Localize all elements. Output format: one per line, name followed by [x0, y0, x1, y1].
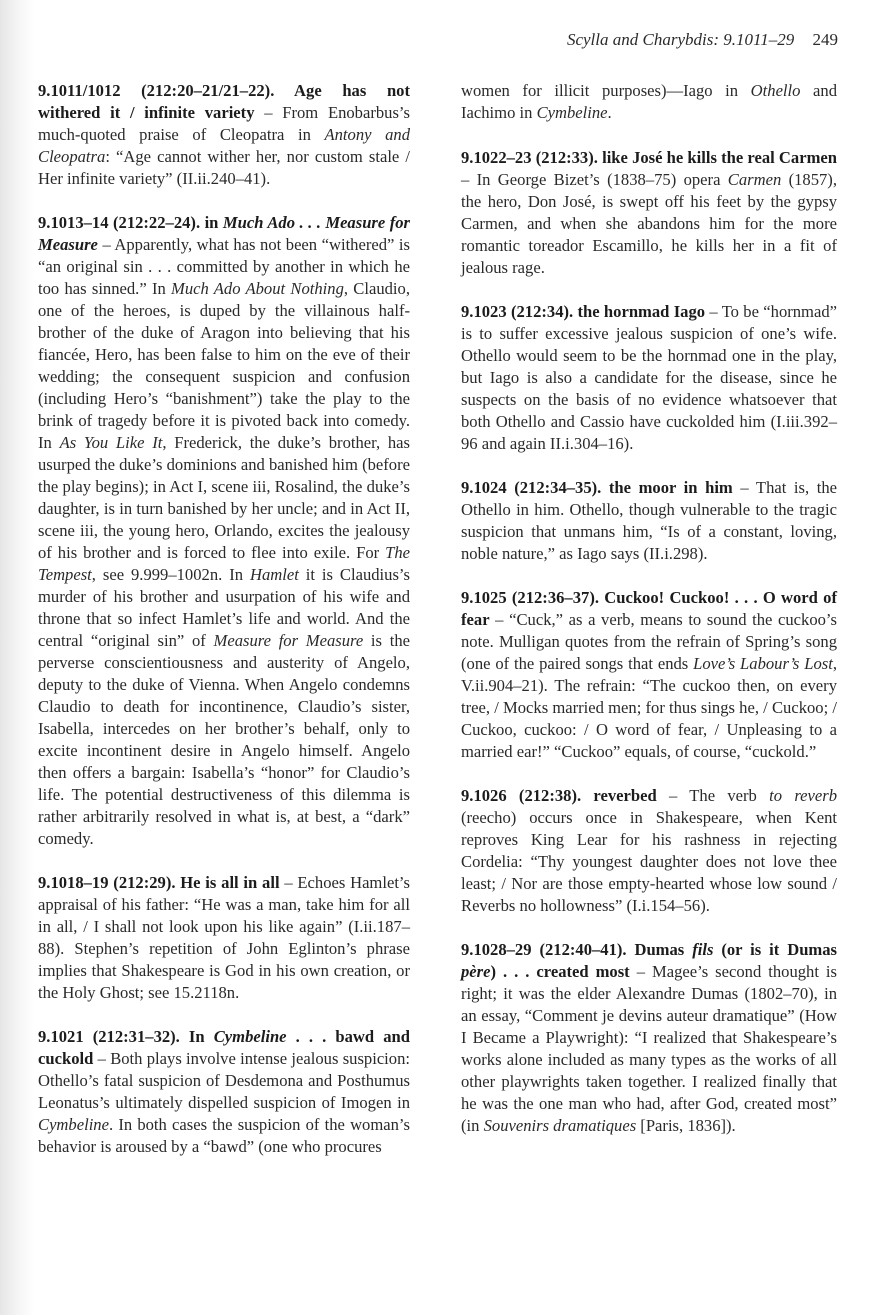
entry-lemma: 9.1023 (212:34). the hornmad Iago [461, 302, 705, 321]
entry-lemma: (or is it Dumas [713, 940, 837, 959]
entry-text: , Claudio, one of the heroes, is duped b… [38, 279, 410, 452]
entry-text: – Echoes Hamlet’s appraisal of his fathe… [38, 873, 410, 1002]
entry-text: , Frederick, the duke’s brother, has usu… [38, 433, 410, 562]
entry-title-italic: Cymbeline [537, 103, 608, 122]
entry-lemma: ) . . . created most [491, 962, 630, 981]
annotation-entry: 9.1011/1012 (212:20–21/21–22). Age has n… [38, 80, 410, 190]
entry-lemma: 9.1013–14 (212:22–24). in [38, 213, 223, 232]
page-gutter-shadow [0, 0, 34, 1315]
entry-text: (reecho) occurs once in Shakespeare, whe… [461, 808, 837, 915]
entry-text: . [608, 103, 612, 122]
annotation-entry: 9.1026 (212:38). reverbed – The verb to … [461, 785, 837, 917]
entry-title-italic: Much Ado About Nothing [171, 279, 344, 298]
entry-title-italic: Measure for Measure [214, 631, 364, 650]
entry-text: – To be “hornmad” is to suffer excessive… [461, 302, 837, 453]
annotation-entry: 9.1022–23 (212:33). like José he kills t… [461, 147, 837, 279]
entry-lemma: 9.1022–23 (212:33). like José he kills t… [461, 148, 837, 167]
annotation-entry: 9.1023 (212:34). the hornmad Iago – To b… [461, 301, 837, 455]
entry-lemma: fils [692, 940, 713, 959]
page-number: 249 [813, 30, 839, 49]
entry-text: women for illicit purposes)—Iago in [461, 81, 751, 100]
entry-lemma: 9.1021 (212:31–32). In [38, 1027, 214, 1046]
entry-title-italic: to reverb [769, 786, 837, 805]
entry-lemma: 9.1026 (212:38). reverbed [461, 786, 657, 805]
running-head: Scylla and Charybdis: 9.1011–29 249 [567, 30, 838, 50]
entry-lemma: Cymbeline [214, 1027, 287, 1046]
entry-text: – Both plays involve intense jealous sus… [38, 1049, 410, 1112]
entry-text: is the perverse conscientiousness and au… [38, 631, 410, 848]
entry-lemma: 9.1028–29 (212:40–41). Dumas [461, 940, 692, 959]
entry-lemma: 9.1024 (212:34–35). the moor in him [461, 478, 733, 497]
annotation-entry-continuation: women for illicit purposes)—Iago in Othe… [461, 80, 837, 124]
entry-title-italic: As You Like It [60, 433, 163, 452]
left-column: 9.1011/1012 (212:20–21/21–22). Age has n… [38, 80, 410, 1180]
annotation-entry: 9.1025 (212:36–37). Cuckoo! Cuckoo! . . … [461, 587, 837, 763]
entry-title-italic: Love’s Labour’s Lost [693, 654, 833, 673]
entry-text: – Magee’s second thought is right; it wa… [461, 962, 837, 1135]
entry-title-italic: Cymbeline [38, 1115, 109, 1134]
annotation-entry: 9.1018–19 (212:29). He is all in all – E… [38, 872, 410, 1004]
entry-title-italic: Carmen [728, 170, 781, 189]
running-head-title: Scylla and Charybdis: 9.1011–29 [567, 30, 794, 49]
entry-lemma: 9.1018–19 (212:29). He is all in all [38, 873, 280, 892]
annotation-entry: 9.1028–29 (212:40–41). Dumas fils (or is… [461, 939, 837, 1137]
annotation-entry: 9.1021 (212:31–32). In Cymbeline . . . b… [38, 1026, 410, 1158]
entry-text: – In George Bizet’s (1838–75) opera [461, 170, 728, 189]
entry-text: [Paris, 1836]). [636, 1116, 736, 1135]
entry-title-italic: Souvenirs dramatiques [484, 1116, 637, 1135]
right-column: women for illicit purposes)—Iago in Othe… [461, 80, 837, 1159]
annotation-entry: 9.1024 (212:34–35). the moor in him – Th… [461, 477, 837, 565]
entry-text: , see 9.999–1002n. In [92, 565, 250, 584]
entry-text: – The verb [657, 786, 769, 805]
entry-lemma: père [461, 962, 491, 981]
entry-title-italic: Hamlet [250, 565, 299, 584]
annotation-entry: 9.1013–14 (212:22–24). in Much Ado . . .… [38, 212, 410, 850]
entry-title-italic: Othello [751, 81, 801, 100]
